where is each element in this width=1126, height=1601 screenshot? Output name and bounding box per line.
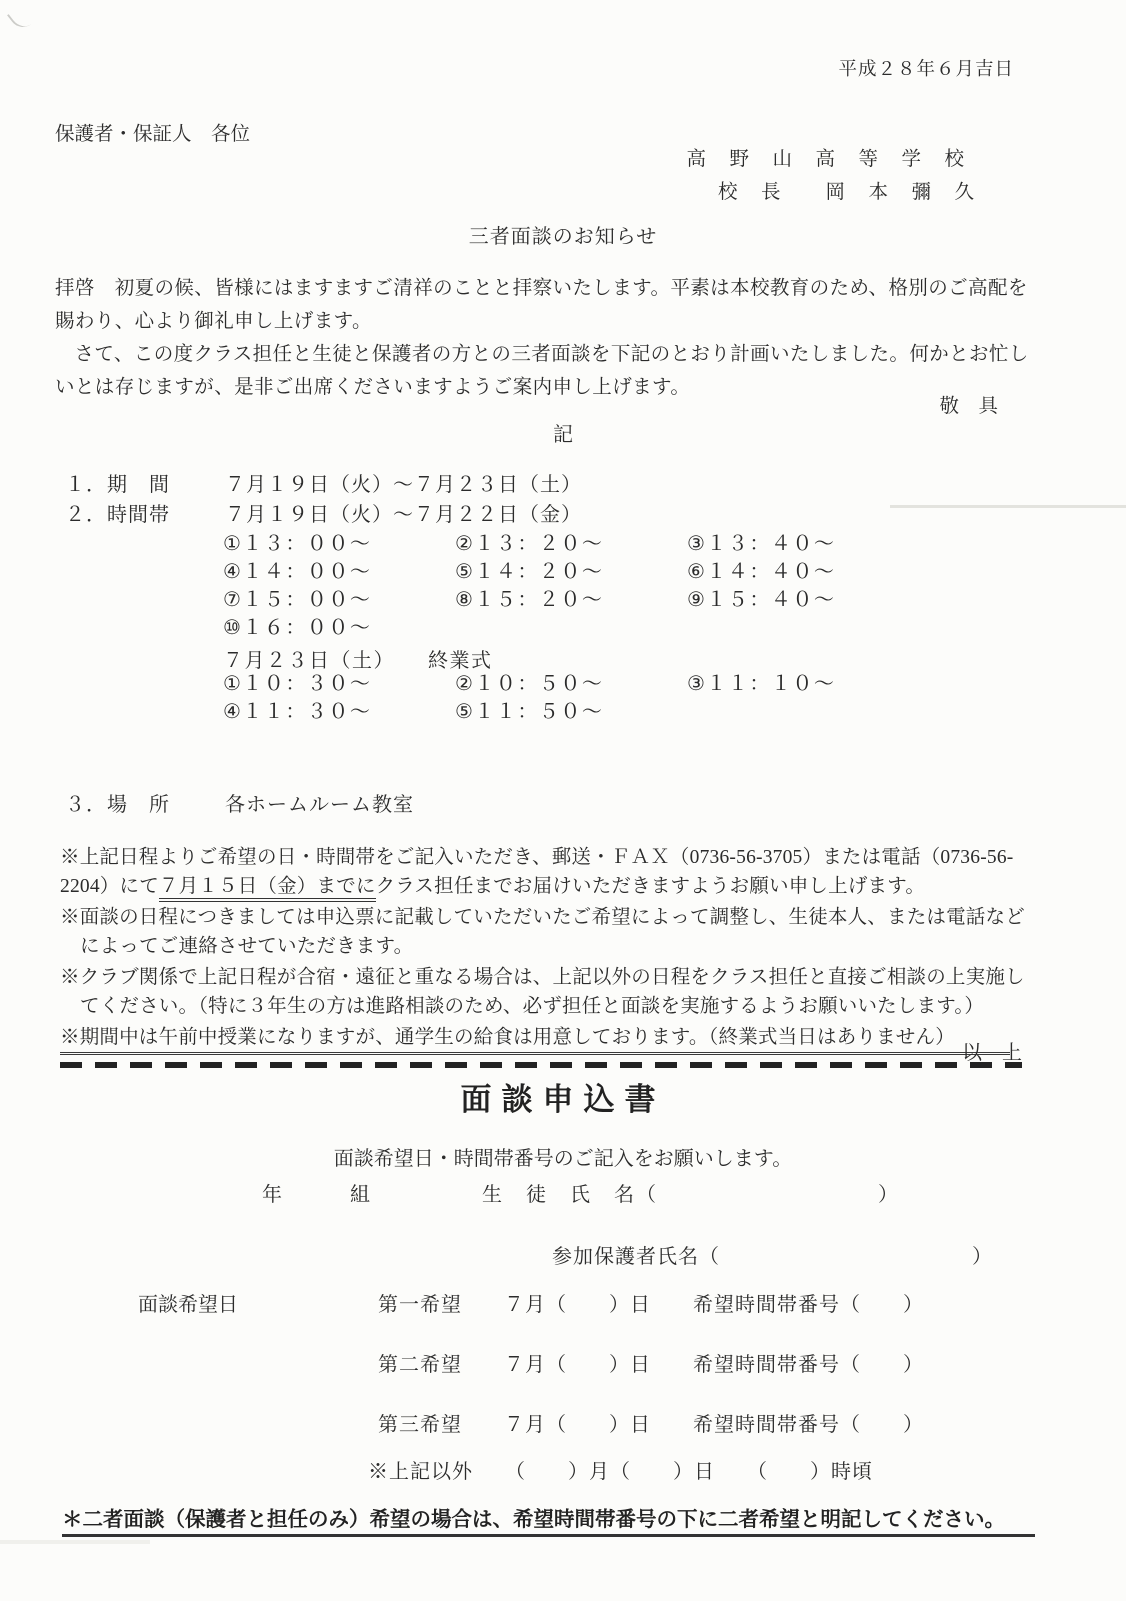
student-name-field: 年 組 生 徒 氏 名（ ）	[262, 1178, 900, 1207]
schedule-period-line: １．期 間７月１９日（火）～７月２３日（土）	[65, 468, 582, 497]
period-label: １．期 間	[65, 468, 225, 497]
period-value: ７月１９日（火）～７月２３日（土）	[225, 474, 582, 496]
note-lunch: ※期間中は午前中授業になりますが、通学生の給食は用意しております。（終業式当日は…	[60, 1023, 1025, 1055]
time-slot	[687, 614, 919, 642]
time-slot: ⑦１５：００～	[223, 586, 455, 614]
saturday-time-slots: ①１０：３０～ ②１０：５０～ ③１１：１０～ ④１１：３０～ ⑤１１：５０～	[223, 670, 919, 726]
timeband-value: ７月１９日（火）～７月２２日（金）	[225, 504, 582, 526]
schedule-place-line: ３．場 所各ホームルーム教室	[65, 788, 414, 817]
record-marker: 記	[0, 418, 1126, 447]
second-choice-field: 第二希望 ７月（ ）日 希望時間帯番号（ ）	[378, 1348, 924, 1377]
place-value: 各ホームルーム教室	[225, 794, 414, 816]
time-slot: ⑤１４：２０～	[455, 558, 687, 586]
time-slot: ⑤１１：５０～	[455, 698, 687, 726]
two-party-meeting-footnote: ＊二者面談（保護者と担任のみ）希望の場合は、希望時間帯番号の下に二者希望と明記し…	[62, 1502, 1035, 1537]
greeting-paragraph-2: さて、この度クラス担任と生徒と保護者の方との三者面談を下記のとおり計画いたしまし…	[55, 338, 1045, 404]
footnote-text: ＊二者面談（保護者と担任のみ）希望の場合は、希望時間帯番号の下に二者希望と明記し…	[62, 1502, 1035, 1537]
timeband-label: ２．時間帯	[65, 498, 225, 527]
weekday-time-slots: ①１３：００～ ②１３：２０～ ③１３：４０～ ④１４：００～ ⑤１４：２０～ …	[223, 530, 919, 642]
document-title: 三者面談のお知らせ	[0, 220, 1126, 249]
time-slot: ④１４：００～	[223, 558, 455, 586]
time-slot: ①１０：３０～	[223, 670, 455, 698]
scanned-document-page: 平成２８年６月吉日 保護者・保証人 各位 高 野 山 高 等 学 校 校 長 岡…	[0, 0, 1126, 1601]
time-slot: ①１３：００～	[223, 530, 455, 558]
schedule-timeband-line: ２．時間帯７月１９日（火）～７月２２日（金）	[65, 498, 582, 527]
time-slot: ⑨１５：４０～	[687, 586, 919, 614]
other-datetime-field: ※上記以外 （ ）月（ ）日 （ ）時頃	[368, 1455, 873, 1484]
submission-deadline: ７月１５日（金）までに	[159, 876, 376, 902]
time-slot	[455, 614, 687, 642]
issue-date: 平成２８年６月吉日	[838, 55, 1014, 81]
guardian-name-field: 参加保護者氏名（ ）	[552, 1240, 993, 1269]
time-slot: ②１３：２０～	[455, 530, 687, 558]
time-slot	[687, 698, 919, 726]
third-choice-field: 第三希望 ７月（ ）日 希望時間帯番号（ ）	[378, 1408, 924, 1437]
form-instruction: 面談希望日・時間帯番号のご記入をお願いします。	[0, 1142, 1126, 1171]
note-club-conflict: ※クラブ関係で上記日程が合宿・遠征と重なる場合は、上記以外の日程をクラス担任と直…	[60, 963, 1025, 1021]
first-choice-field: 第一希望 ７月（ ）日 希望時間帯番号（ ）	[378, 1288, 924, 1317]
scan-artifact-streak	[890, 505, 1126, 508]
note-submission-text-cont: クラス担任までお届けいただきますようお願い申し上げます。	[376, 876, 925, 897]
time-slot: ⑥１４：４０～	[687, 558, 919, 586]
notes-section: ※上記日程よりご希望の日・時間帯をご記入いただき、郵送・ＦＡＸ（0736-56-…	[60, 843, 1025, 1057]
saturday-header: ７月２３日（土） 終業式	[223, 644, 493, 673]
closing-keigu: 敬 具	[939, 390, 998, 418]
note-adjustment: ※面談の日程につきましては申込票に記載していただいたご希望によって調整し、生徒本…	[60, 903, 1025, 961]
place-label: ３．場 所	[65, 788, 225, 817]
wish-date-label: 面談希望日	[138, 1288, 238, 1317]
time-slot: ⑩１６：００～	[223, 614, 455, 642]
cut-line	[60, 1062, 1022, 1068]
principal-name: 校 長 岡 本 彌 久	[718, 176, 976, 204]
note-lunch-text: ※期間中は午前中授業になりますが、通学生の給食は用意しております。（終業式当日は…	[60, 1023, 1010, 1055]
time-slot: ③１１：１０～	[687, 670, 919, 698]
addressee: 保護者・保証人 各位	[55, 118, 250, 146]
time-slot: ⑧１５：２０～	[455, 586, 687, 614]
scan-artifact-mark	[7, 5, 33, 32]
time-slot: ②１０：５０～	[455, 670, 687, 698]
greeting-paragraph-1: 拝啓 初夏の候、皆様にはますますご清祥のことと拝察いたします。平素は本校教育のた…	[55, 272, 1045, 338]
school-name: 高 野 山 高 等 学 校	[686, 143, 966, 171]
application-form-title: 面談申込書	[0, 1074, 1126, 1119]
end-marker: 以 上	[962, 1036, 1022, 1065]
note-submission: ※上記日程よりご希望の日・時間帯をご記入いただき、郵送・ＦＡＸ（0736-56-…	[60, 843, 1025, 901]
time-slot: ③１３：４０～	[687, 530, 919, 558]
scan-artifact-streak	[0, 1540, 150, 1544]
time-slot: ④１１：３０～	[223, 698, 455, 726]
greeting-body: 拝啓 初夏の候、皆様にはますますご清祥のことと拝察いたします。平素は本校教育のた…	[55, 272, 1045, 404]
